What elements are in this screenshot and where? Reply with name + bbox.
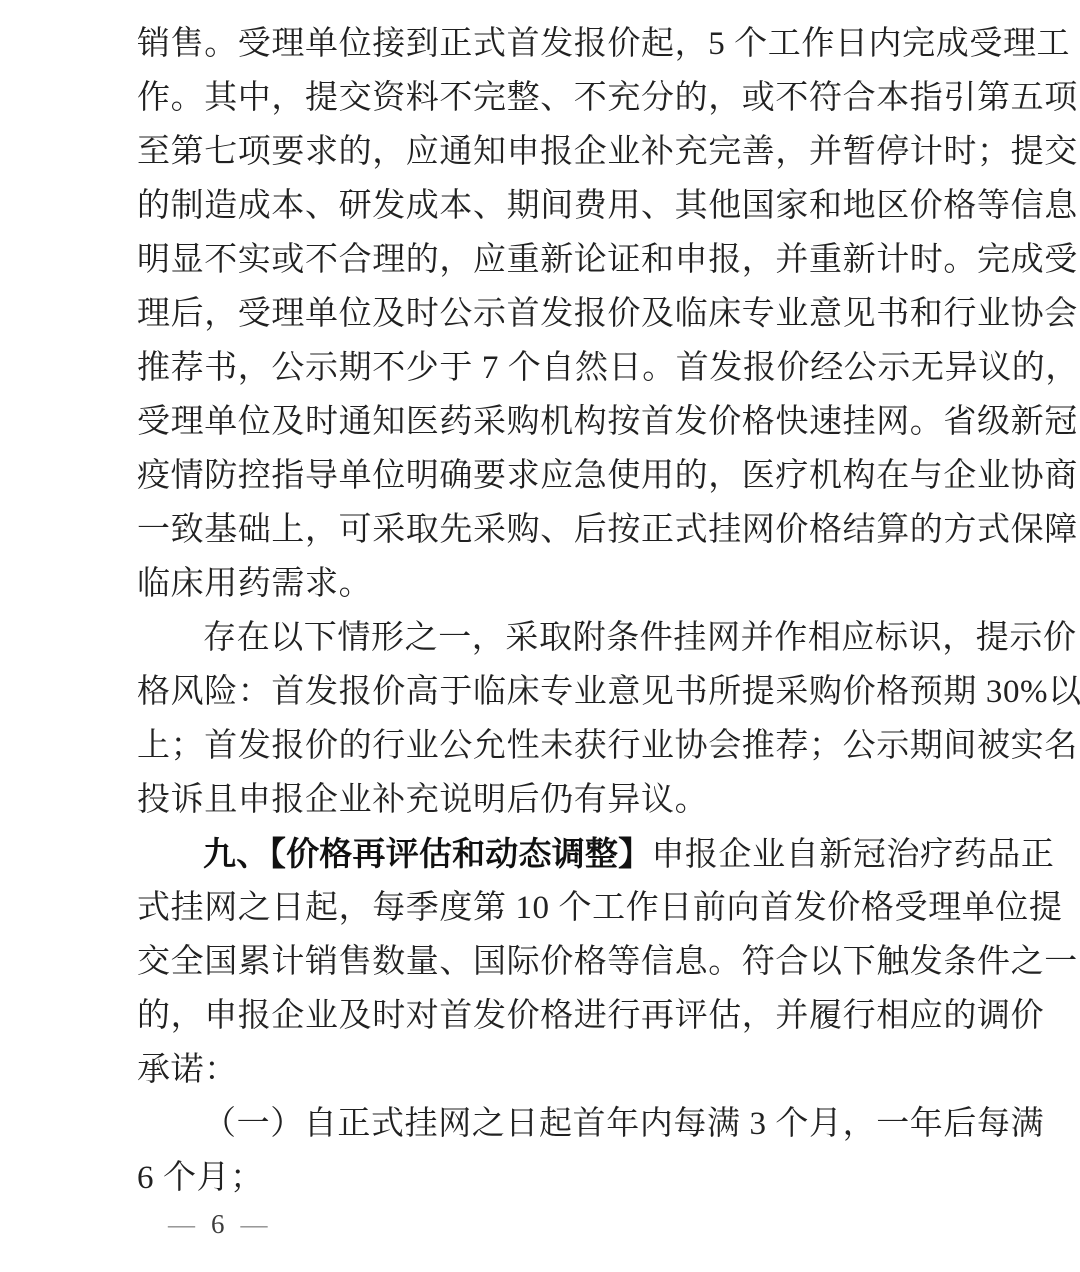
text-line: 临床用药需求。 [137,557,949,611]
text-line: 至第七项要求的，应通知申报企业补充完善，并暂停计时；提交 [137,125,949,179]
list-item-first-line: （一）自正式挂网之日起首年内每满 3 个月，一年后每满 [137,1097,949,1151]
text-line: 作。其中，提交资料不完整、不充分的，或不符合本指引第五项 [137,71,949,125]
page-footer: — 6 — [168,1206,268,1242]
text-line: 的制造成本、研发成本、期间费用、其他国家和地区价格等信息 [137,179,949,233]
text-line: 格风险：首发报价高于临床专业意见书所提采购价格预期 30%以 [137,665,949,719]
text-line: 6 个月； [137,1151,949,1205]
text-line: 疫情防控指导单位明确要求应急使用的，医疗机构在与企业协商 [137,449,949,503]
section-heading-line: 九、【价格再评估和动态调整】申报企业自新冠治疗药品正 [137,827,949,881]
text-line: 理后，受理单位及时公示首发报价及临床专业意见书和行业协会 [137,287,949,341]
footer-dash-right: — [241,1206,268,1242]
section-heading: 九、【价格再评估和动态调整】 [203,835,651,872]
text-line: 受理单位及时通知医药采购机构按首发价格快速挂网。省级新冠 [137,395,949,449]
text-line: 一致基础上，可采取先采购、后按正式挂网价格结算的方式保障 [137,503,949,557]
text-line: 投诉且申报企业补充说明后仍有异议。 [137,773,949,827]
text-line: 销售。受理单位接到正式首发报价起，5 个工作日内完成受理工 [137,17,949,71]
text-line: 承诺： [137,1043,949,1097]
page-number: 6 [211,1206,225,1242]
text-line: 的，申报企业及时对首发价格进行再评估，并履行相应的调价 [137,989,949,1043]
footer-dash-left: — [168,1206,195,1242]
text-line: 推荐书，公示期不少于 7 个自然日。首发报价经公示无异议的， [137,341,949,395]
paragraph-first-line: 存在以下情形之一，采取附条件挂网并作相应标识，提示价 [137,611,949,665]
text-line: 上；首发报价的行业公允性未获行业协会推荐；公示期间被实名 [137,719,949,773]
text-line: 交全国累计销售数量、国际价格等信息。符合以下触发条件之一 [137,935,949,989]
text-line: 明显不实或不合理的，应重新论证和申报，并重新计时。完成受 [137,233,949,287]
text-line: 式挂网之日起，每季度第 10 个工作日前向首发价格受理单位提 [137,881,949,935]
page-body: 销售。受理单位接到正式首发报价起，5 个工作日内完成受理工 作。其中，提交资料不… [137,17,949,1205]
section-heading-continuation: 申报企业自新冠治疗药品正 [651,837,1054,873]
document-page: 销售。受理单位接到正式首发报价起，5 个工作日内完成受理工 作。其中，提交资料不… [0,0,1080,1272]
